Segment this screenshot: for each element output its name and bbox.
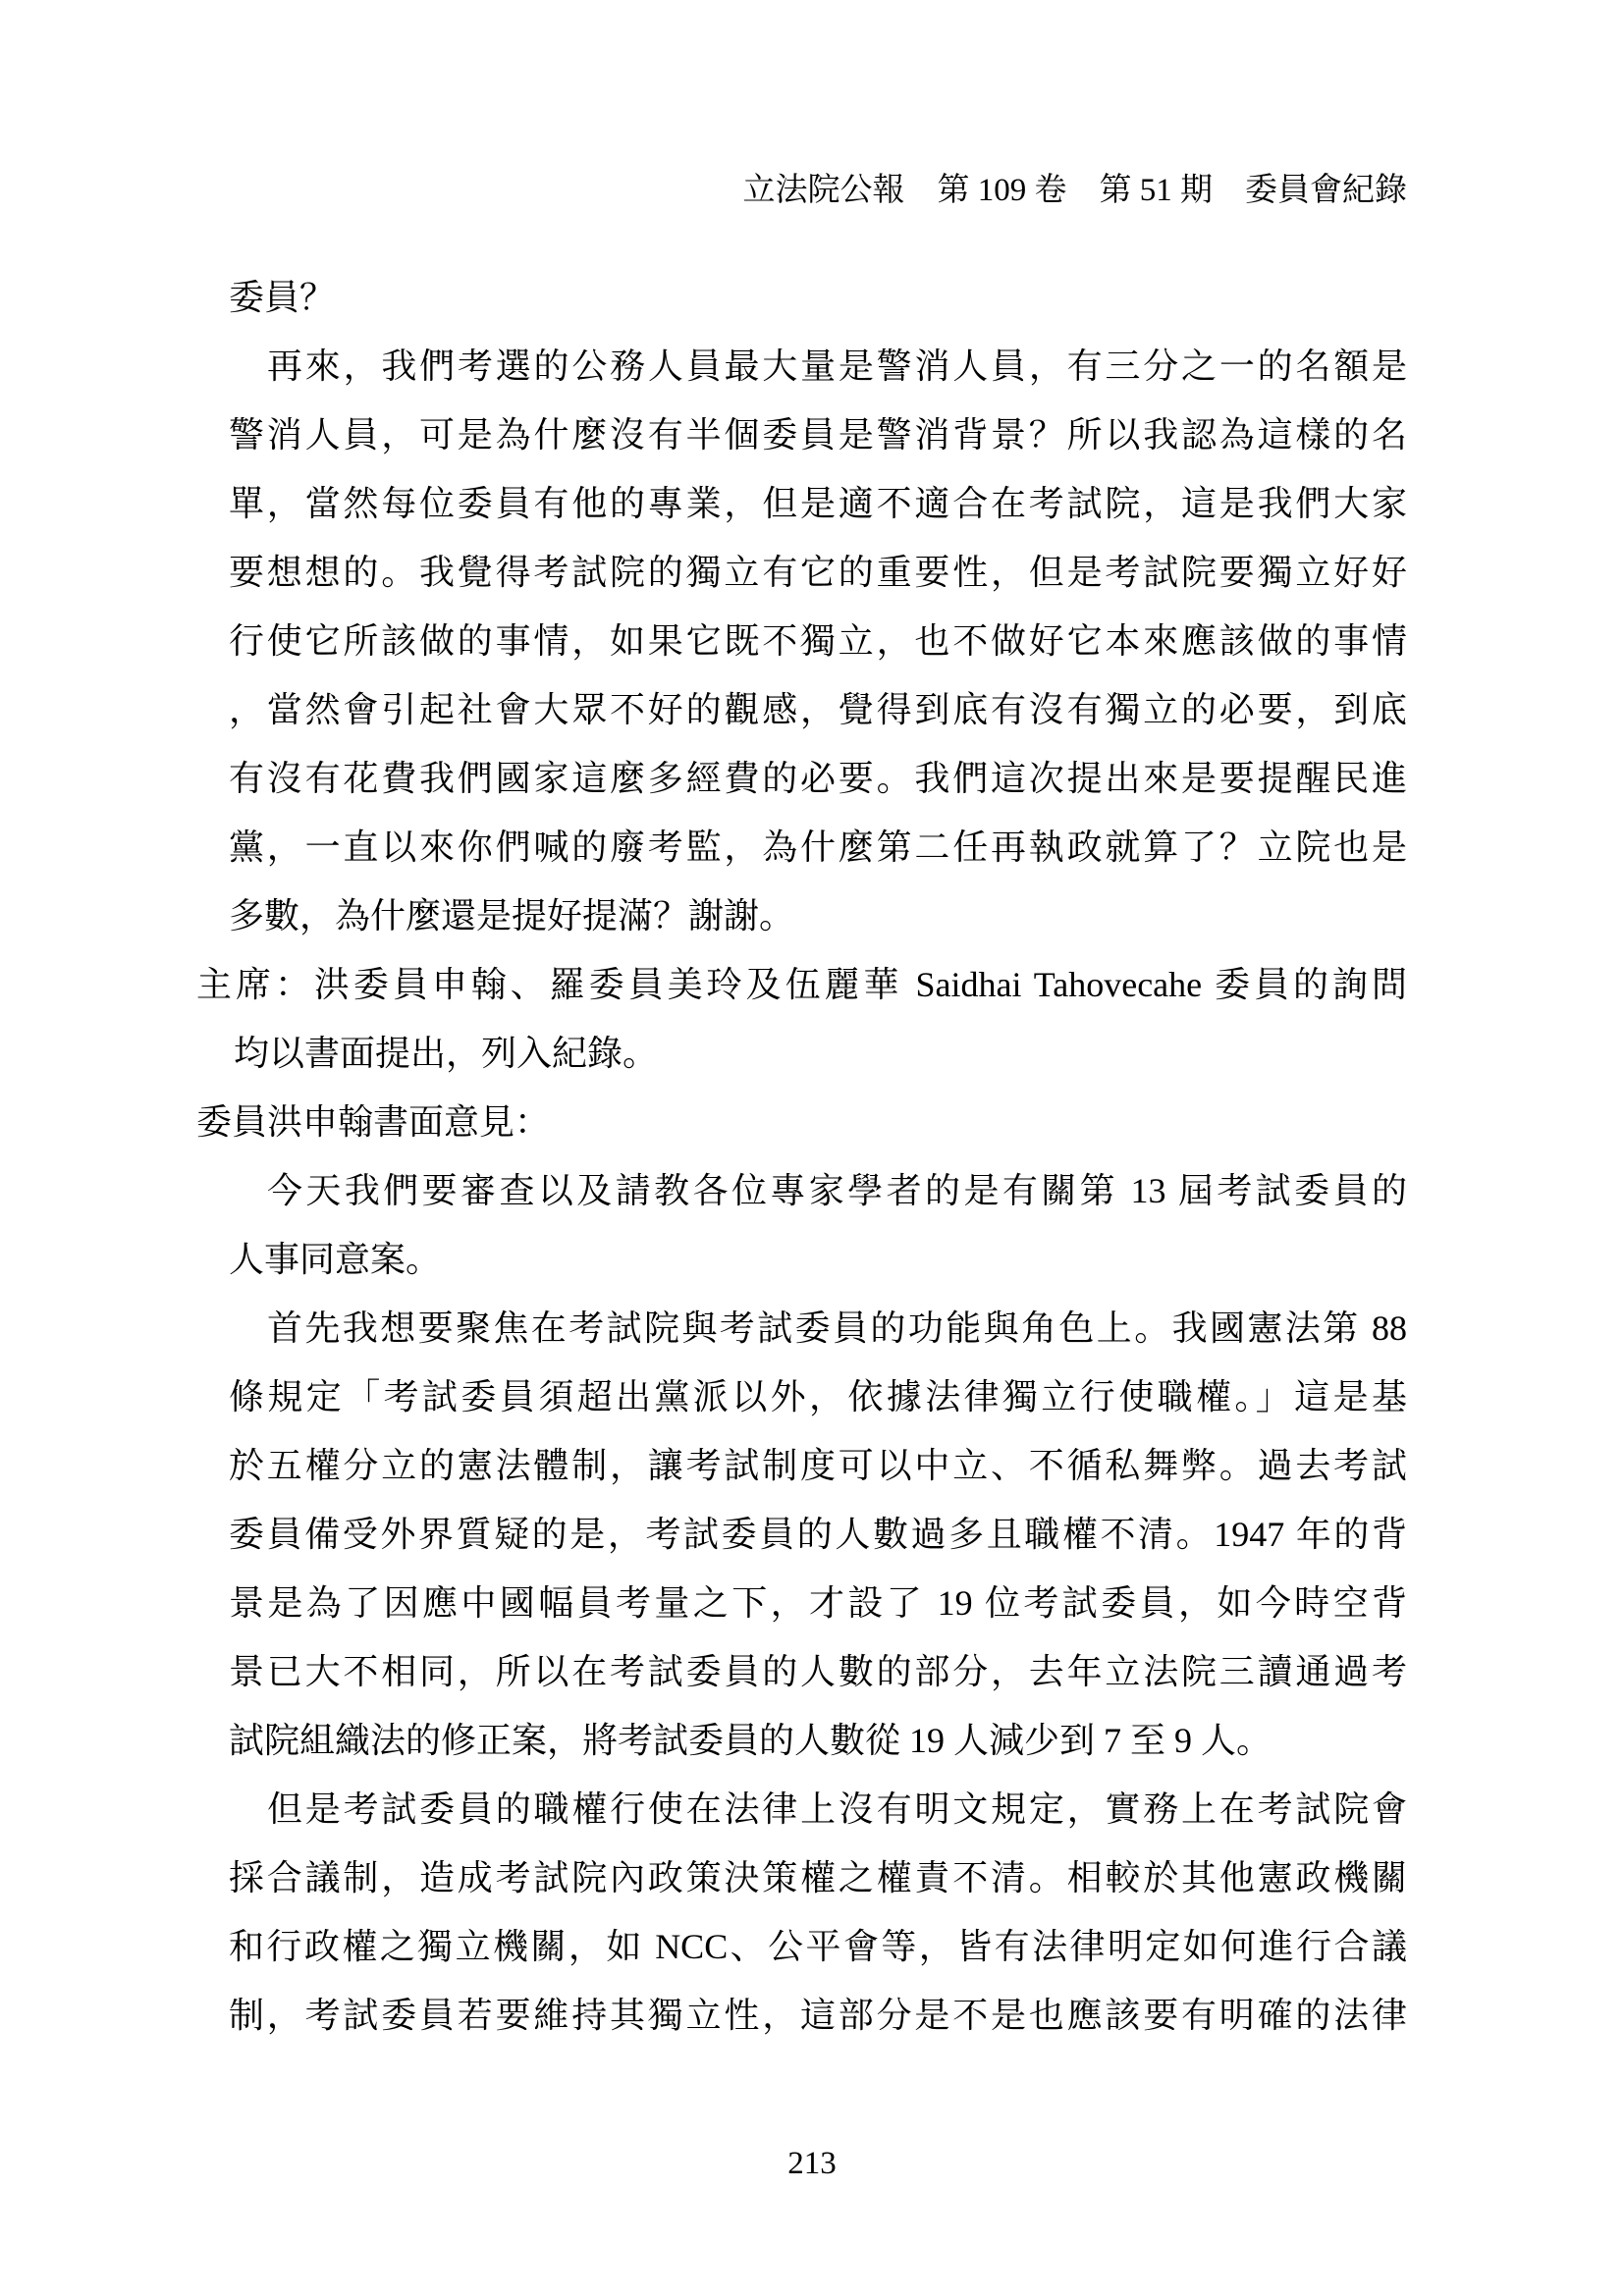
document-line: 但是考試委員的職權行使在法律上沒有明文規定，實務上在考試院會 xyxy=(229,1775,1407,1843)
document-line: 人事同意案。 xyxy=(229,1225,1407,1294)
document-line: 黨，一直以來你們喊的廢考監，為什麼第二任再執政就算了？立院也是 xyxy=(229,813,1407,881)
document-line: 行使它所該做的事情，如果它既不獨立，也不做好它本來應該做的事情 xyxy=(229,607,1407,675)
document-line: 今天我們要審查以及請教各位專家學者的是有關第 13 屆考試委員的 xyxy=(229,1156,1407,1225)
document-line: 委員？ xyxy=(229,263,1407,332)
document-line: 再來，我們考選的公務人員最大量是警消人員，有三分之一的名額是 xyxy=(229,332,1407,400)
document-line: ，當然會引起社會大眾不好的觀感，覺得到底有沒有獨立的必要，到底 xyxy=(229,675,1407,744)
document-line: 試院組織法的修正案，將考試委員的人數從 19 人減少到 7 至 9 人。 xyxy=(229,1706,1407,1775)
document-line: 均以書面提出，列入紀錄。 xyxy=(234,1019,1407,1088)
document-line: 和行政權之獨立機關，如 NCC、公平會等，皆有法律明定如何進行合議 xyxy=(229,1912,1407,1981)
page-number: 213 xyxy=(0,2142,1624,2185)
document-line: 委員備受外界質疑的是，考試委員的人數過多且職權不清。1947 年的背 xyxy=(229,1500,1407,1569)
document-line: 景已大不相同，所以在考試委員的人數的部分，去年立法院三讀通過考 xyxy=(229,1637,1407,1706)
document-line: 景是為了因應中國幅員考量之下，才設了 19 位考試委員，如今時空背 xyxy=(229,1569,1407,1637)
document-line: 有沒有花費我們國家這麼多經費的必要。我們這次提出來是要提醒民進 xyxy=(229,744,1407,813)
document-line: 委員洪申翰書面意見： xyxy=(196,1088,1407,1156)
document-line: 於五權分立的憲法體制，讓考試制度可以中立、不循私舞弊。過去考試 xyxy=(229,1431,1407,1500)
document-line: 首先我想要聚焦在考試院與考試委員的功能與角色上。我國憲法第 88 xyxy=(229,1294,1407,1362)
document-content: 委員？再來，我們考選的公務人員最大量是警消人員，有三分之一的名額是警消人員，可是… xyxy=(196,263,1407,2050)
document-line: 主席：洪委員申翰、羅委員美玲及伍麗華 Saidhai Tahovecahe 委員… xyxy=(196,950,1407,1019)
document-line: 制，考試委員若要維持其獨立性，這部分是不是也應該要有明確的法律 xyxy=(229,1981,1407,2050)
document-line: 多數，為什麼還是提好提滿？謝謝。 xyxy=(229,881,1407,950)
document-line: 警消人員，可是為什麼沒有半個委員是警消背景？所以我認為這樣的名 xyxy=(229,400,1407,469)
document-line: 要想想的。我覺得考試院的獨立有它的重要性，但是考試院要獨立好好 xyxy=(229,538,1407,607)
document-line: 條規定「考試委員須超出黨派以外，依據法律獨立行使職權。」這是基 xyxy=(229,1362,1407,1431)
document-line: 單，當然每位委員有他的專業，但是適不適合在考試院，這是我們大家 xyxy=(229,469,1407,538)
gazette-header: 立法院公報 第 109 卷 第 51 期 委員會紀錄 xyxy=(196,169,1407,212)
document-line: 採合議制，造成考試院內政策決策權之權責不清。相較於其他憲政機關 xyxy=(229,1843,1407,1912)
